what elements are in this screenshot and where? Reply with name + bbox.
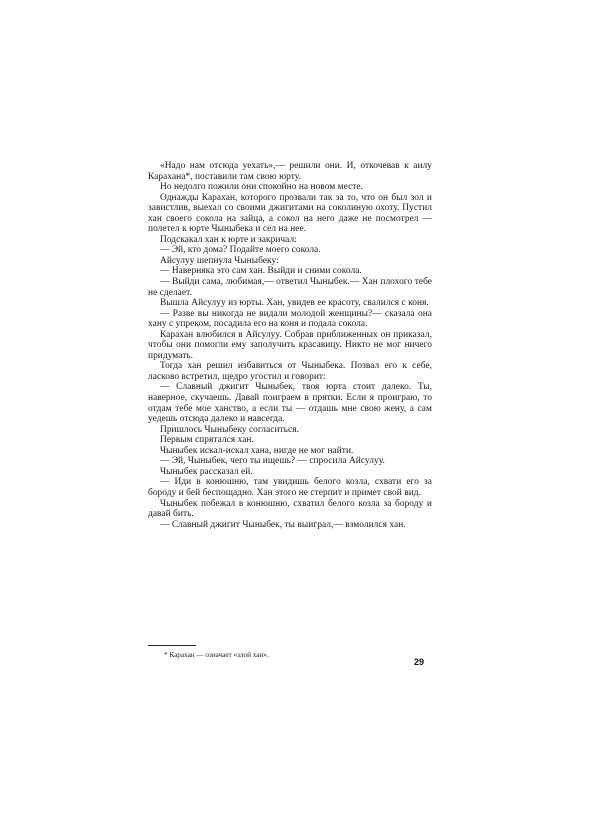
paragraph: Но недолго пожили они спокойно на новом …	[148, 182, 432, 193]
paragraph: — Иди в конюшню, там увидишь белого козл…	[148, 477, 432, 498]
paragraph: Чыныбек искал-искал хана, нигде не мог н…	[148, 446, 432, 457]
paragraph: — Славный джигит Чыныбек, твоя юрта стои…	[148, 382, 432, 424]
paragraph: — Разве вы никогда не видали молодой жен…	[148, 309, 432, 330]
paragraph: «Надо нам отсюда уехать»,— решили они. И…	[148, 161, 432, 182]
paragraph: Однажды Карахан, которого прозвали так з…	[148, 193, 432, 235]
paragraph: — Славный джигит Чыныбек, ты выиграл,— в…	[148, 520, 432, 531]
paragraph: Чыныбек побежал в конюшню, схватил белог…	[148, 499, 432, 520]
paragraph: Вышла Айсулуу из юрты. Хан, увидев ее кр…	[148, 298, 432, 309]
paragraph: Чыныбек рассказал ей.	[148, 467, 432, 478]
page-number: 29	[414, 657, 424, 667]
paragraph: Подскакал хан к юрте и закричал:	[148, 235, 432, 246]
paragraph: Пришлось Чыныбеку согласиться.	[148, 425, 432, 436]
paragraph: Карахан влюбился в Айсулуу. Собрав прибл…	[148, 330, 432, 362]
paragraph: Первым спрятался хан.	[148, 435, 432, 446]
footnote-rule	[148, 645, 196, 646]
paragraph: — Эй, Чыныбек, чего ты ищешь? — спросила…	[148, 456, 432, 467]
footnote: * Карахан — означает «злой хан».	[164, 651, 269, 659]
paragraph: Тогда хан решил избавиться от Чыныбека. …	[148, 361, 432, 382]
paragraph: Айсулуу шепнула Чыныбеку:	[148, 256, 432, 267]
paragraph: — Эй, кто дома? Подайте моего сокола.	[148, 245, 432, 256]
page-body: «Надо нам отсюда уехать»,— решили они. И…	[148, 161, 432, 530]
paragraph: — Выйди сама, любимая,— ответил Чыныбек.…	[148, 277, 432, 298]
paragraph: — Наверняка это сам хан. Выйди и сними с…	[148, 266, 432, 277]
